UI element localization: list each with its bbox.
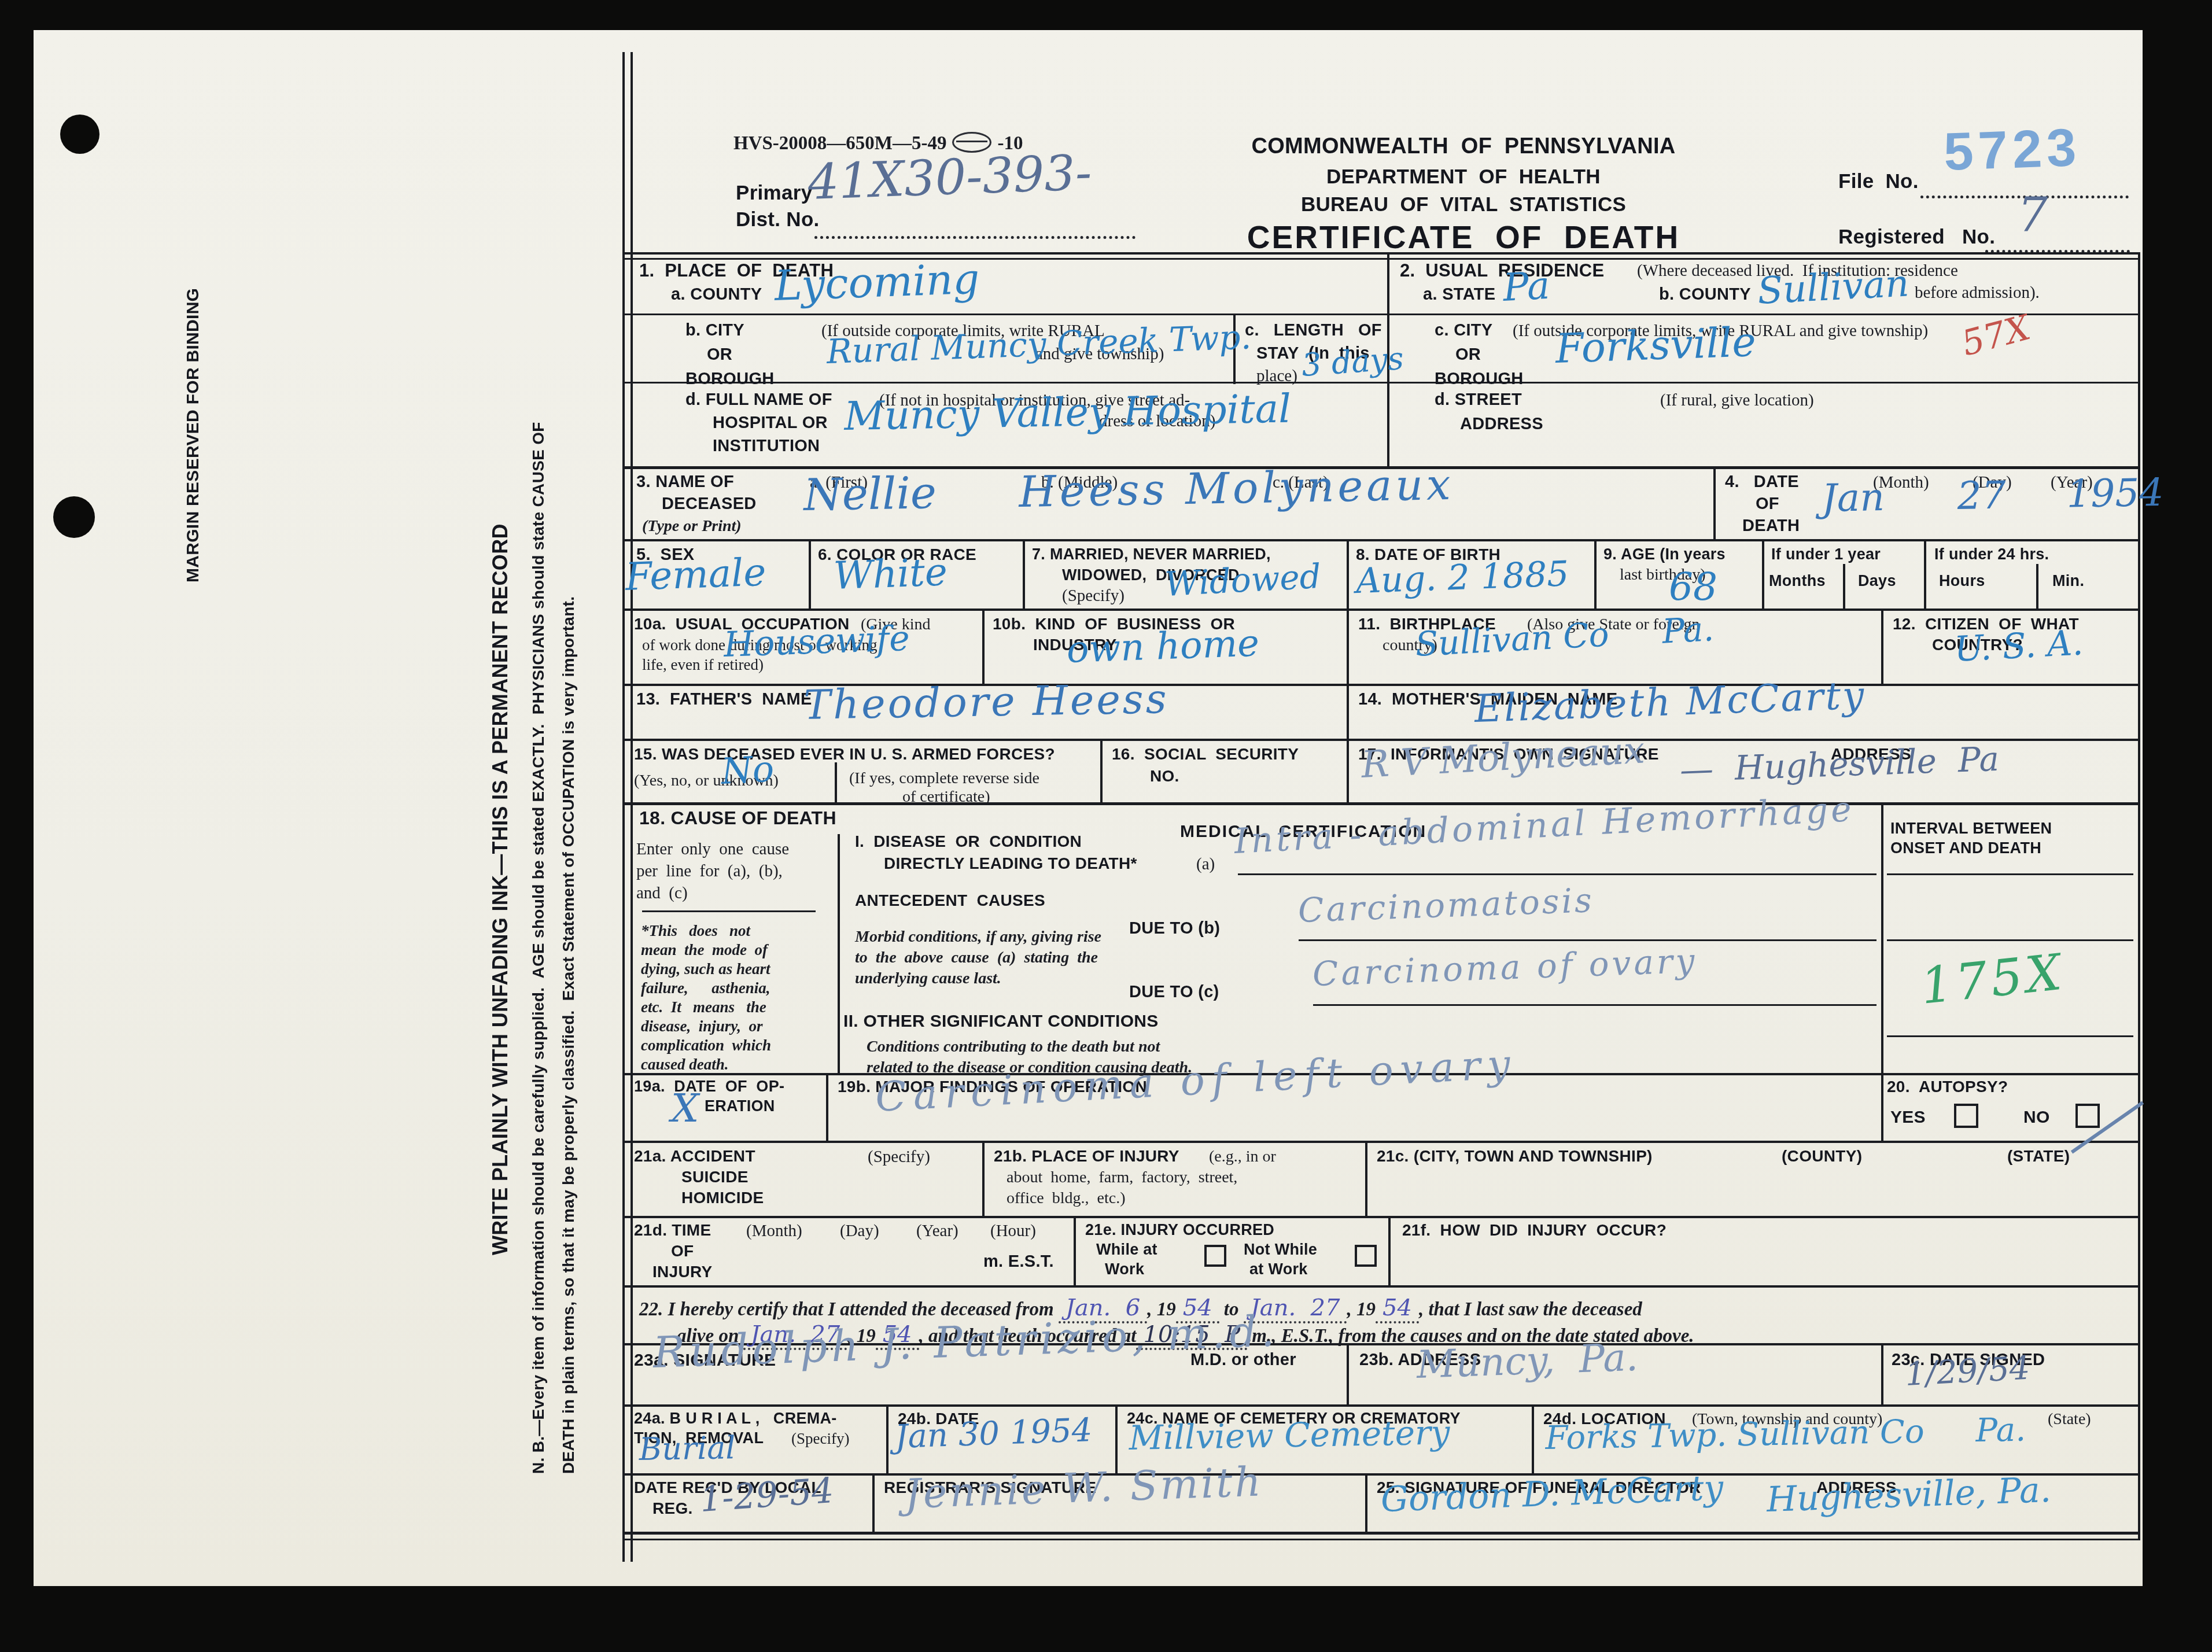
residence-county-value: Sullivan — [1757, 267, 1910, 308]
mothers-maiden-name-value: Elizabeth McCarty — [1474, 678, 1866, 726]
rule — [2138, 252, 2140, 1540]
rule — [1887, 939, 2133, 941]
rule — [1388, 1216, 1391, 1285]
due-to-b-label: DUE TO (b) — [1129, 920, 1220, 937]
while-at-label: While at — [1096, 1241, 1157, 1258]
fathers-name-value: Theodore Heess — [803, 681, 1169, 724]
rule — [838, 834, 840, 1073]
interval-green-annotation: 175X — [1919, 950, 2067, 1009]
hospital-value: Muncy Valley Hospital — [844, 392, 1291, 435]
name-of-deceased-label-1: 3. NAME OF — [636, 473, 734, 491]
dist-no-value: 41X30-393- — [807, 151, 1092, 205]
length-of-stay-value: 3 days — [1301, 345, 1404, 380]
interval-label-1: INTERVAL BETWEEN — [1890, 820, 2052, 836]
date-of-death-label-1: 4. DATE — [1725, 473, 1799, 491]
burial-date-value: Jan 30 1954 — [894, 1416, 1093, 1452]
cause-a-mark: (a) — [1196, 855, 1215, 874]
rule — [1365, 1473, 1367, 1532]
rule — [1347, 739, 1349, 802]
county-value: Lycoming — [774, 260, 980, 305]
color-or-race-value: White — [833, 555, 948, 593]
not-while-label: Not While — [1244, 1241, 1317, 1258]
injury-hour-label: (Hour) — [990, 1222, 1036, 1241]
cause-note-2: mean the mode of — [641, 941, 768, 959]
file-no-label: File No. — [1838, 171, 1919, 193]
rule — [835, 762, 837, 802]
cemetery-location-value: Forks Twp. Sullivan Co Pa. — [1545, 1416, 2026, 1454]
time-of-injury-label-3: INJURY — [652, 1263, 712, 1280]
residence-borough-label: BOROUGH — [1435, 370, 1524, 388]
days-label: Days — [1858, 573, 1896, 589]
rule — [1347, 609, 1349, 684]
rule — [622, 1285, 2140, 1288]
certify-text: , 19 — [1347, 1299, 1376, 1320]
at-work-label: at Work — [1249, 1261, 1308, 1277]
rule — [982, 609, 985, 684]
marital-status-label-1: 7. MARRIED, NEVER MARRIED, — [1032, 546, 1271, 562]
borough-label: BOROUGH — [685, 370, 775, 388]
rule — [1924, 539, 1926, 609]
rule — [1347, 684, 1349, 739]
hospital-label-1: d. FULL NAME OF — [685, 391, 832, 408]
street-note: (If rural, give location) — [1660, 391, 1814, 410]
rule — [809, 539, 811, 609]
rule — [1887, 873, 2133, 875]
autopsy-label: 20. AUTOPSY? — [1887, 1078, 2008, 1095]
cause-note-3: dying, such as heart — [641, 960, 770, 978]
autopsy-no-checkbox[interactable] — [2075, 1104, 2100, 1128]
burial-specify-note: (Specify) — [791, 1430, 849, 1448]
punch-hole-bottom — [53, 496, 95, 538]
rule — [1387, 314, 2140, 315]
accident-specify-note: (Specify) — [868, 1148, 930, 1167]
dist-no-line — [814, 236, 1136, 239]
registrar-signature-value: Jennie W. Smith — [904, 1463, 1264, 1513]
autopsy-yes-checkbox[interactable] — [1954, 1104, 1978, 1128]
armed-forces-note-3: of certificate) — [902, 788, 990, 806]
rule — [1238, 873, 1876, 875]
while-at-work-checkbox[interactable] — [1204, 1245, 1226, 1267]
due-to-c-label: DUE TO (c) — [1129, 983, 1219, 1001]
rule — [1023, 539, 1025, 609]
rule — [982, 1141, 985, 1216]
certify-text: , that I last saw the deceased — [1419, 1299, 1642, 1320]
place-of-injury-note-1: (e.g., in or — [1209, 1148, 1276, 1166]
date-of-death-value: Jan 27 1954 — [1822, 475, 2164, 516]
registered-no-value: 7 — [2018, 194, 2048, 237]
injury-county-label: (COUNTY) — [1782, 1148, 1862, 1164]
rule — [1843, 564, 1845, 609]
cause-instruction-3: and (c) — [636, 884, 688, 903]
autopsy-yes-label: YES — [1890, 1108, 1926, 1127]
registered-no-label: Registered No. — [1838, 227, 1995, 248]
morbid-note-1: Morbid conditions, if any, giving rise — [855, 928, 1101, 946]
cause-instruction-2: per line for (a), (b), — [636, 862, 783, 881]
rule — [1762, 539, 1764, 609]
first-name-value: Nellie — [803, 473, 937, 515]
date-of-operation-value: X — [671, 1091, 699, 1126]
injury-day-label: (Day) — [840, 1222, 879, 1241]
date-of-operation-label-1: 19a. DATE OF OP- — [634, 1078, 784, 1094]
length-of-stay-label-1: c. LENGTH OF — [1245, 322, 1382, 339]
rule — [1313, 1004, 1876, 1006]
residence-or-label: OR — [1455, 346, 1481, 363]
date-of-operation-label-2: ERATION — [705, 1098, 775, 1114]
length-of-stay-label-3: place) — [1256, 367, 1297, 386]
rule — [631, 52, 633, 1562]
burial-value: Burial — [639, 1434, 736, 1464]
rule — [2036, 564, 2038, 609]
rule — [622, 1141, 2140, 1143]
rule — [1365, 1141, 1367, 1216]
primary-label: Primary — [736, 183, 812, 204]
middle-last-name-value: Heess Molyneaux — [1019, 466, 1454, 512]
hours-label: Hours — [1939, 573, 1985, 589]
rule — [622, 1532, 2140, 1535]
name-of-deceased-label-2: DECEASED — [662, 495, 757, 512]
cause-instruction-1: Enter only one cause — [636, 840, 789, 859]
margin-write-plainly-note: WRITE PLAINLY WITH UNFADING INK—THIS IS … — [489, 191, 511, 1255]
rule — [622, 802, 2140, 805]
business-value: own home — [1066, 627, 1260, 667]
age-value: 68 — [1669, 570, 1717, 604]
work-label: Work — [1105, 1261, 1144, 1277]
rule — [622, 252, 2140, 255]
under-1-year-label: If under 1 year — [1771, 546, 1881, 562]
rule — [1594, 539, 1597, 609]
physician-address-value: Muncy, Pa. — [1416, 1340, 1639, 1382]
marital-status-value: Widowed — [1164, 561, 1322, 599]
time-of-injury-label-2: OF — [671, 1242, 694, 1259]
injury-city-label: 21c. (CITY, TOWN AND TOWNSHIP) — [1377, 1148, 1653, 1164]
injury-occurred-label: 21e. INJURY OCCURRED — [1085, 1222, 1274, 1238]
street-label-2: ADDRESS — [1460, 415, 1543, 433]
rule — [1100, 739, 1103, 802]
autopsy-no-label: NO — [2023, 1108, 2050, 1127]
other-significant-conditions-label: II. OTHER SIGNIFICANT CONDITIONS — [843, 1012, 1159, 1031]
cause-note-7: complication which — [641, 1037, 771, 1054]
rule — [642, 910, 816, 912]
cemetery-value: Millview Cemetery — [1129, 1417, 1450, 1453]
rule — [1713, 466, 1716, 539]
rule — [622, 1216, 2140, 1218]
cause-note-4: failure, asthenia, — [641, 979, 770, 997]
cause-note-8: caused death. — [641, 1056, 729, 1074]
marital-specify-note: (Specify) — [1062, 587, 1125, 606]
place-of-injury-note-2: about home, farm, factory, street, — [1007, 1168, 1237, 1187]
dist-no-label: Dist. No. — [736, 209, 820, 231]
how-did-injury-occur-label: 21f. HOW DID INJURY OCCUR? — [1402, 1222, 1667, 1238]
bureau-line: BUREAU OF VITAL STATISTICS — [1134, 194, 1793, 216]
date-of-death-label-2: OF — [1756, 495, 1779, 512]
margin-binding-note: MARGIN RESERVED FOR BINDING — [184, 180, 202, 582]
rule — [872, 1473, 875, 1532]
rule — [1887, 1035, 2133, 1037]
residence-note-2: before admission). — [1915, 283, 2040, 303]
date-signed-value: 1/29/54 — [1904, 1354, 2030, 1390]
morbid-note-3: underlying cause last. — [855, 969, 1001, 988]
file-no-value: 5723 — [1943, 124, 2081, 176]
hospital-label-2: HOSPITAL OR — [713, 414, 828, 432]
commonwealth-line: COMMONWEALTH OF PENNSYLVANIA — [1134, 135, 1793, 158]
rule — [622, 739, 2140, 741]
armed-forces-value: No — [720, 753, 775, 788]
cemetery-location-state-note: (State) — [2048, 1410, 2091, 1429]
disease-label-1: I. DISEASE OR CONDITION — [855, 833, 1082, 850]
rule — [1347, 1343, 1349, 1404]
city-or-label: OR — [707, 346, 732, 363]
age-label-1: 9. AGE (In years — [1603, 546, 1726, 562]
cause-b-value: Carcinomatosis — [1297, 885, 1594, 925]
cause-note-6: disease, injury, or — [641, 1017, 763, 1035]
city-label: b. CITY — [685, 322, 744, 339]
hospital-label-3: INSTITUTION — [713, 437, 820, 455]
ssn-label-2: NO. — [1150, 768, 1179, 784]
cause-note-5: etc. It means the — [641, 998, 766, 1016]
department-line: DEPARTMENT OF HEALTH — [1134, 167, 1793, 188]
time-of-injury-label-1: 21d. TIME — [634, 1222, 711, 1238]
conditions-note-1: Conditions contributing to the death but… — [867, 1038, 1160, 1056]
rule — [826, 1073, 828, 1141]
date-recd-value: 1-29-54 — [699, 1475, 835, 1515]
injury-state-label: (STATE) — [2007, 1148, 2070, 1164]
date-of-birth-value: Aug. 2 1885 — [1355, 558, 1569, 597]
punch-hole-top — [60, 115, 99, 154]
months-label: Months — [1769, 573, 1826, 589]
rule — [1881, 1343, 1883, 1404]
attended-to-year-value: 54 — [1376, 1295, 1419, 1323]
place-of-injury-label: 21b. PLACE OF INJURY — [994, 1148, 1179, 1164]
rule — [1299, 939, 1876, 941]
armed-forces-label: 15. WAS DECEASED EVER IN U. S. ARMED FOR… — [634, 746, 1055, 762]
date-recd-label-2: REG. — [652, 1500, 693, 1517]
rule — [1532, 1404, 1534, 1473]
burial-label-1: 24a. B U R I A L , CREMA- — [634, 1410, 837, 1426]
funeral-director-value: Gordon D. McCarty — [1380, 1472, 1724, 1515]
not-while-at-work-checkbox[interactable] — [1355, 1245, 1377, 1267]
min-label: Min. — [2052, 573, 2084, 589]
residence-county-label: b. COUNTY — [1659, 286, 1751, 303]
interval-label-2: ONSET AND DEATH — [1890, 840, 2041, 856]
injury-month-label: (Month) — [746, 1222, 802, 1241]
residence-city-label: c. CITY — [1435, 322, 1492, 339]
rule — [622, 314, 1387, 315]
rule — [622, 1404, 2140, 1407]
sex-value: Female — [625, 555, 766, 595]
rule — [622, 52, 625, 1562]
injury-est-label: m. E.S.T. — [983, 1253, 1054, 1270]
rule — [1881, 802, 1883, 1141]
ssn-label-1: 16. SOCIAL SECURITY — [1112, 746, 1299, 762]
scanned-death-certificate: MARGIN RESERVED FOR BINDING WRITE PLAINL… — [0, 0, 2212, 1652]
place-of-injury-note-3: office bldg., etc.) — [1007, 1189, 1126, 1208]
rule — [1347, 539, 1349, 609]
funeral-director-address-value: Hughesville, Pa. — [1766, 1474, 2052, 1515]
date-of-death-label-3: DEATH — [1742, 517, 1800, 534]
street-label-1: d. STREET — [1435, 391, 1522, 408]
type-or-print-note: (Type or Print) — [642, 517, 742, 536]
margin-nb-note-1: N. B.—Every item of information should b… — [530, 213, 547, 1474]
injury-year-label: (Year) — [916, 1222, 958, 1241]
county-label: a. COUNTY — [671, 286, 762, 303]
state-label: a. STATE — [1423, 286, 1495, 303]
rule — [886, 1404, 889, 1473]
accident-label-3: HOMICIDE — [681, 1189, 764, 1206]
citizen-value: U. S. A. — [1953, 627, 2084, 665]
rule — [622, 609, 2140, 611]
cause-of-death-title: 18. CAUSE OF DEATH — [639, 809, 836, 828]
rule — [622, 1539, 2140, 1540]
disease-label-2: DIRECTLY LEADING TO DEATH* — [884, 855, 1137, 872]
residence-city-value: Forksville — [1555, 324, 1757, 367]
under-24-hrs-label: If under 24 hrs. — [1934, 546, 2049, 562]
accident-label-1: 21a. ACCIDENT — [634, 1148, 755, 1164]
state-value: Pa — [1502, 268, 1551, 305]
rule — [1074, 1216, 1076, 1285]
armed-forces-note-2: (If yes, complete reverse side — [849, 769, 1039, 788]
occupation-value: Housewife — [723, 623, 910, 661]
margin-nb-note-2: DEATH in plain terms, so that it may be … — [560, 213, 577, 1474]
fathers-name-label: 13. FATHER'S NAME — [636, 691, 812, 708]
accident-label-2: SUICIDE — [681, 1168, 749, 1185]
morbid-note-2: to the above cause (a) stating the — [855, 949, 1098, 967]
cause-note-1: *This does not — [641, 922, 750, 940]
certificate-title: CERTIFICATE OF DEATH — [1134, 221, 1793, 255]
antecedent-causes-label: ANTECEDENT CAUSES — [855, 892, 1045, 909]
informant-address-value: — Hughesville Pa — [1679, 744, 1999, 785]
rule — [622, 539, 2140, 541]
rule — [1881, 609, 1883, 684]
